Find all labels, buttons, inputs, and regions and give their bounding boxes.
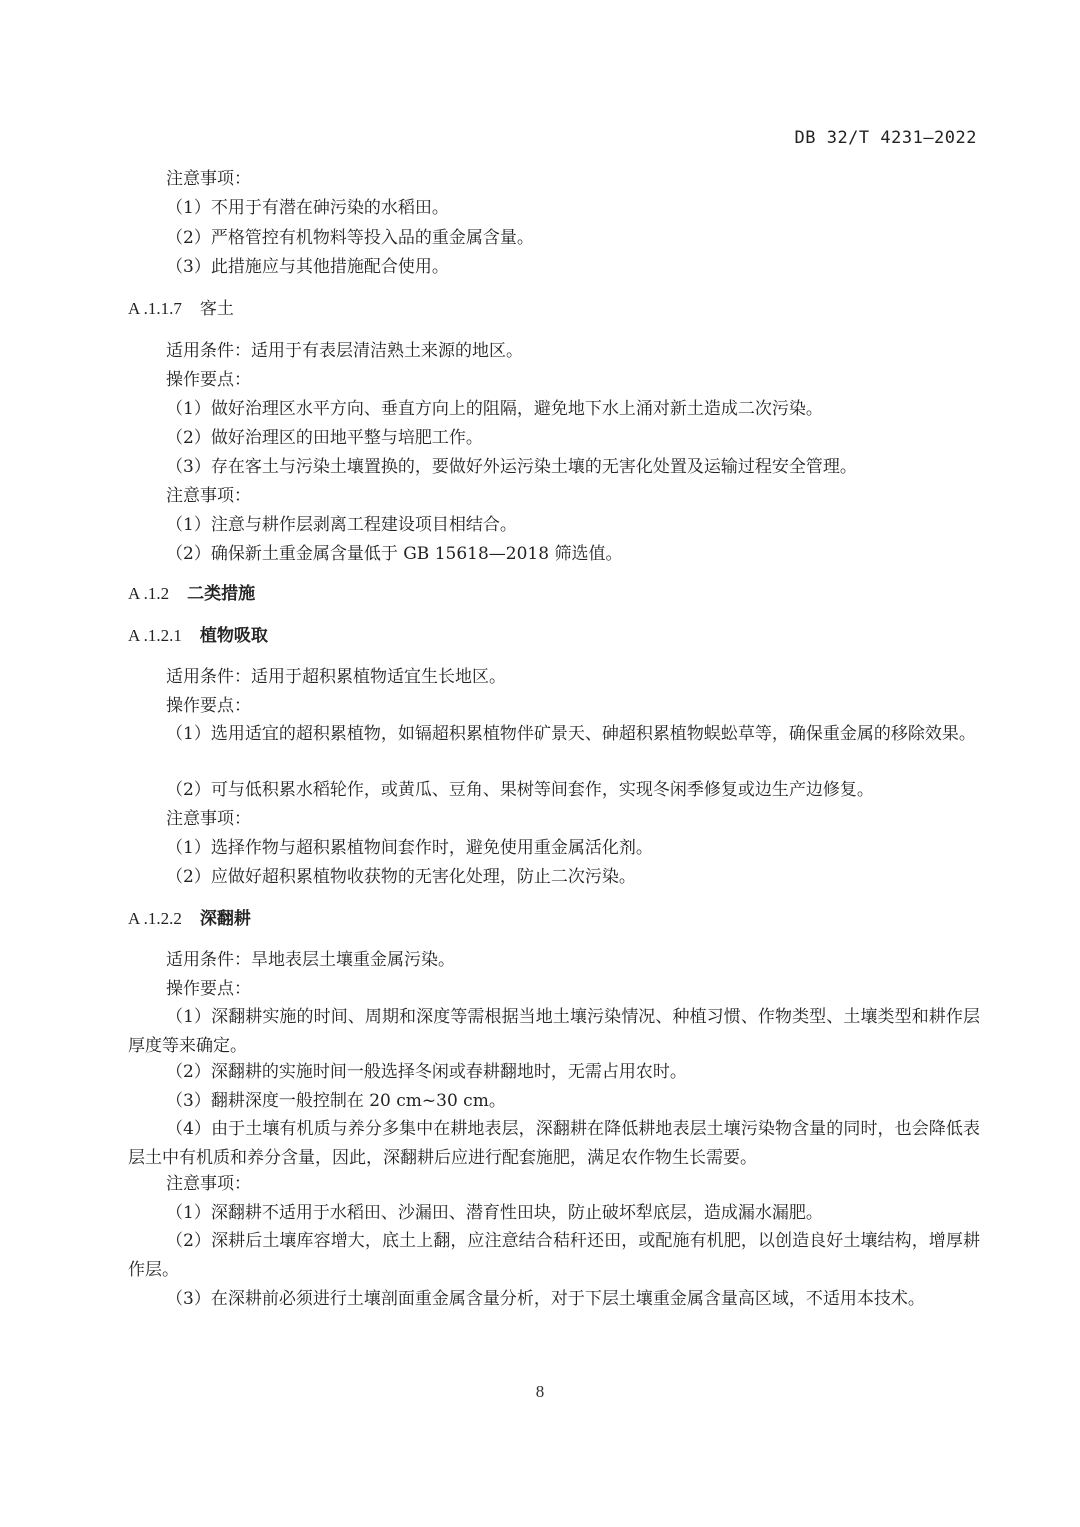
section-heading: A .1.1.7客土	[128, 298, 234, 320]
ops-item: （1）选用适宜的超积累植物，如镉超积累植物伴矿景天、砷超积累植物蜈蚣草等，确保重…	[128, 720, 980, 749]
note-item: （1）不用于有潜在砷污染的水稻田。	[166, 197, 449, 219]
note-item: （2）确保新土重金属含量低于 GB 15618—2018 筛选值。	[166, 543, 622, 565]
note-item: （2）深耕后土壤库容增大，底土上翻，应注意结合秸秆还田，或配施有机肥，以创造良好…	[128, 1227, 980, 1285]
ops-item: （2）做好治理区的田地平整与培肥工作。	[166, 427, 483, 449]
ops-item: （3）翻耕深度一般控制在 20 cm~30 cm。	[166, 1090, 506, 1112]
ops-item: （2）深翻耕的实施时间一般选择冬闲或春耕翻地时，无需占用农时。	[166, 1061, 687, 1083]
note-label: 注意事项：	[166, 808, 251, 830]
condition-text: 适用条件：旱地表层土壤重金属污染。	[166, 949, 455, 971]
ops-item: （3）存在客土与污染土壤置换的，要做好外运污染土壤的无害化处置及运输过程安全管理…	[166, 456, 857, 478]
ops-item: （1）深翻耕实施的时间、周期和深度等需根据当地土壤污染情况、种植习惯、作物类型、…	[128, 1003, 980, 1061]
ops-item: （2）可与低积累水稻轮作，或黄瓜、豆角、果树等间套作，实现冬闲季修复或边生产边修…	[166, 779, 874, 801]
section-heading: A .1.2二类措施	[128, 583, 255, 605]
note-item: （1）深翻耕不适用于水稻田、沙漏田、潜育性田块，防止破坏犁底层，造成漏水漏肥。	[166, 1202, 823, 1224]
ops-item: （1）做好治理区水平方向、垂直方向上的阻隔，避免地下水上涌对新土造成二次污染。	[166, 398, 823, 420]
condition-text: 适用条件：适用于超积累植物适宜生长地区。	[166, 666, 506, 688]
section-number: A .1.2	[128, 583, 169, 605]
note-item: （1）选择作物与超积累植物间套作时，避免使用重金属活化剂。	[166, 837, 653, 859]
note-label: 注意事项：	[166, 1173, 251, 1195]
page-number: 8	[0, 1382, 1080, 1402]
document-code: DB 32/T 4231—2022	[795, 128, 978, 148]
section-number: A .1.2.1	[128, 625, 182, 647]
note-item: （2）严格管控有机物料等投入品的重金属含量。	[166, 227, 534, 249]
section-title: 二类措施	[187, 584, 255, 604]
section-heading: A .1.2.2深翻耕	[128, 908, 251, 930]
section-title: 植物吸取	[200, 626, 268, 646]
section-heading: A .1.2.1植物吸取	[128, 625, 268, 647]
section-title: 客土	[200, 299, 234, 319]
note-item: （1）注意与耕作层剥离工程建设项目相结合。	[166, 514, 517, 536]
note-item: （3）此措施应与其他措施配合使用。	[166, 256, 449, 278]
note-label: 注意事项：	[166, 485, 251, 507]
section-number: A .1.2.2	[128, 908, 182, 930]
condition-text: 适用条件：适用于有表层清洁熟土来源的地区。	[166, 340, 523, 362]
note-label: 注意事项：	[166, 168, 251, 190]
section-number: A .1.1.7	[128, 298, 182, 320]
note-item: （2）应做好超积累植物收获物的无害化处理，防止二次污染。	[166, 866, 636, 888]
ops-label: 操作要点：	[166, 695, 251, 717]
ops-label: 操作要点：	[166, 978, 251, 1000]
section-title: 深翻耕	[200, 909, 251, 929]
ops-label: 操作要点：	[166, 369, 251, 391]
ops-item: （4）由于土壤有机质与养分多集中在耕地表层，深翻耕在降低耕地表层土壤污染物含量的…	[128, 1115, 980, 1173]
note-item: （3）在深耕前必须进行土壤剖面重金属含量分析，对于下层土壤重金属含量高区域，不适…	[128, 1285, 980, 1314]
